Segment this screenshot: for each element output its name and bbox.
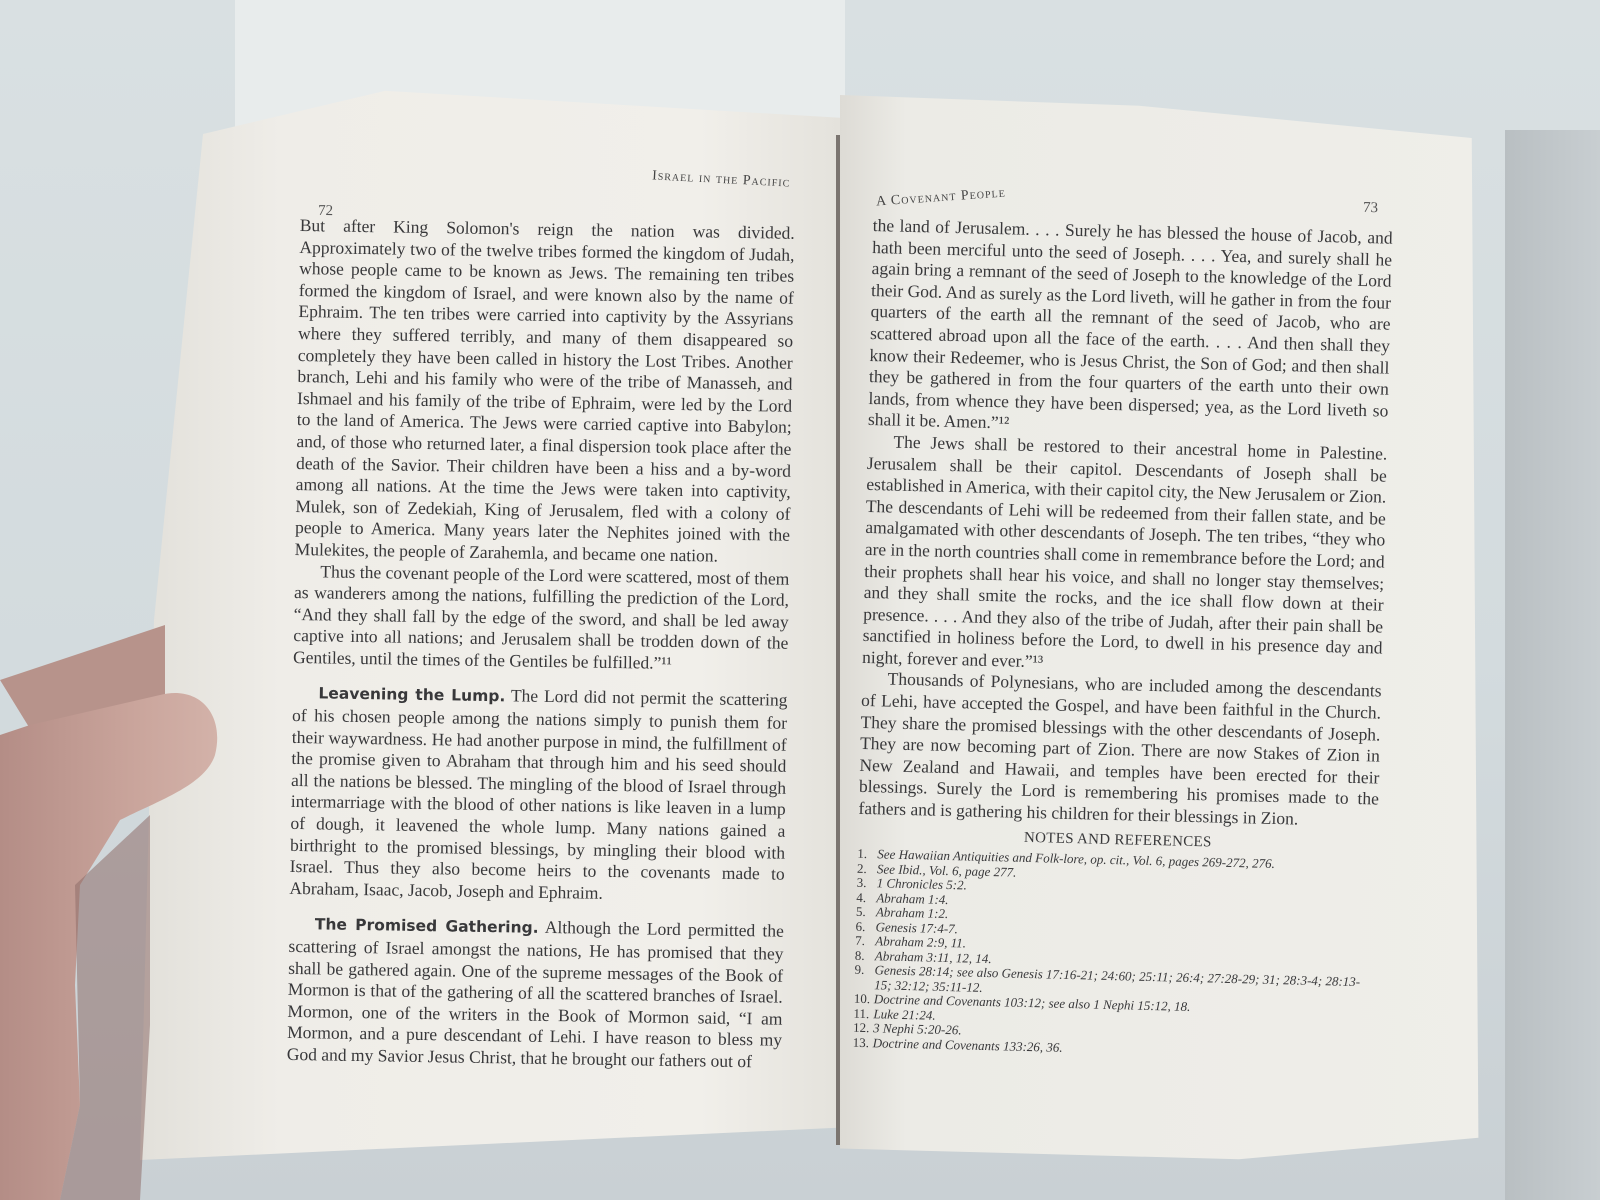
section-heading: Leavening the Lump.: [318, 685, 505, 706]
hand-image: [0, 585, 230, 1200]
section-body: Although the Lord permitted the scatteri…: [287, 917, 784, 1071]
page-number-right: 73: [1363, 200, 1379, 218]
section-gathering: The Promised Gathering. Although the Lor…: [287, 913, 784, 1073]
paragraph: the land of Jerusalem. . . . Surely he h…: [868, 215, 1393, 444]
paragraph: But after King Solomon's reign the natio…: [295, 215, 795, 568]
book-page-edges: [1505, 130, 1600, 1200]
right-page-text: the land of Jerusalem. . . . Surely he h…: [853, 215, 1393, 1063]
book-spine: [836, 135, 840, 1145]
paragraph: The Jews shall be restored to their ance…: [862, 431, 1388, 681]
paragraph: Thousands of Polynesians, who are includ…: [858, 668, 1382, 832]
notes-list: 1.See Hawaiian Antiquities and Folk-lore…: [853, 847, 1378, 1063]
left-page-text: But after King Solomon's reign the natio…: [287, 215, 795, 1073]
section-body: The Lord did not permit the scattering o…: [289, 686, 787, 903]
paragraph: Thus the covenant people of the Lord wer…: [293, 560, 790, 676]
section-heading: The Promised Gathering.: [315, 916, 539, 938]
section-leavening: Leavening the Lump. The Lord did not per…: [289, 682, 787, 907]
